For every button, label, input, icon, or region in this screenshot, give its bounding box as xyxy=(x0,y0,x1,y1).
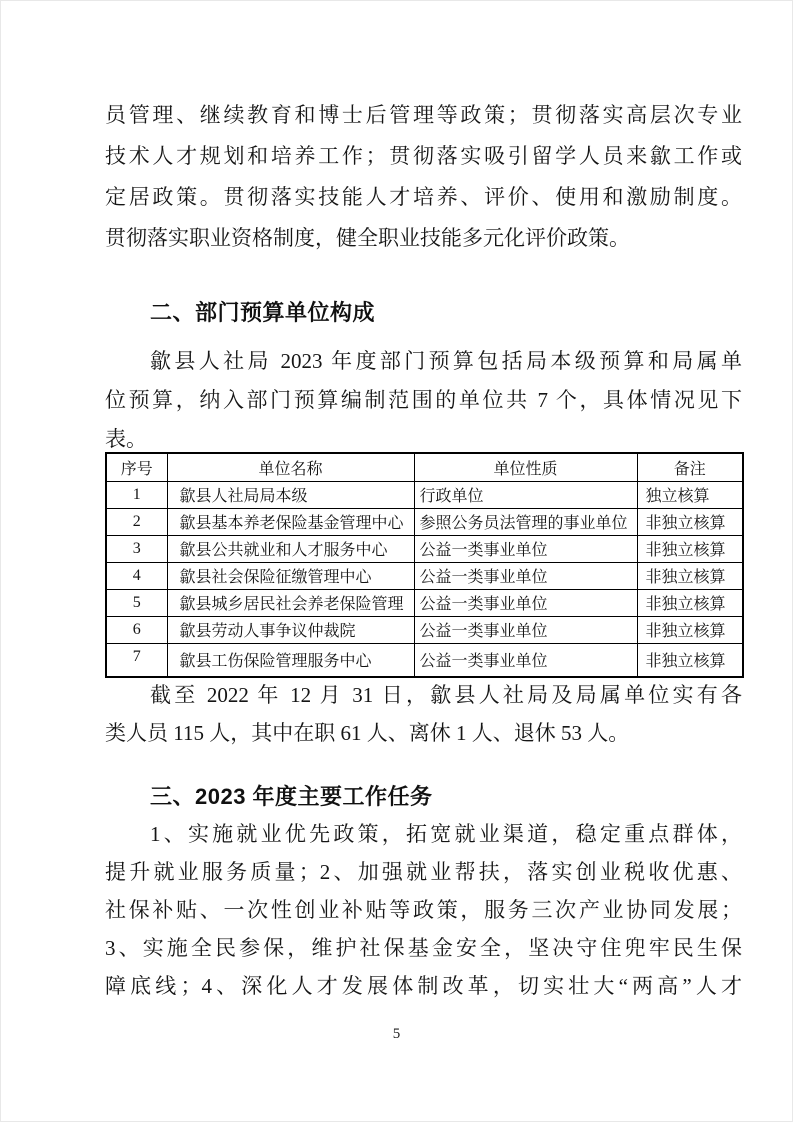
paragraph-policy: 员管理、继续教育和博士后管理等政策；贯彻落实高层次专业技术人才规划和培养工作；贯… xyxy=(105,95,742,259)
table-cell: 行政单位 xyxy=(414,481,637,508)
text-line: 贯彻落实职业资格制度，健全职业技能多元化评价政策。 xyxy=(105,218,742,259)
table-cell: 歙县城乡居民社会养老保险管理 xyxy=(167,589,414,616)
paragraph-work-tasks: 1、实施就业优先政策，拓宽就业渠道，稳定重点群体，提升就业服务质量；2、加强就业… xyxy=(105,815,742,1005)
table-cell: 非独立核算 xyxy=(637,508,743,535)
table-cell: 7 xyxy=(106,643,167,677)
text-line: 1、实施就业优先政策，拓宽就业渠道，稳定重点群体， xyxy=(105,815,742,853)
text-line: 员管理、继续教育和博士后管理等政策；贯彻落实高层次专业 xyxy=(105,95,742,136)
table-header-row: 序号单位名称单位性质备注 xyxy=(106,453,743,481)
table-cell: 公益一类事业单位 xyxy=(414,643,637,677)
text-line: 位预算，纳入部门预算编制范围的单位共 7 个，具体情况见下 xyxy=(105,381,742,420)
table-cell: 参照公务员法管理的事业单位 xyxy=(414,508,637,535)
text-line: 3、实施全民参保，维护社保基金安全，坚决守住兜牢民生保 xyxy=(105,929,742,967)
column-header: 单位名称 xyxy=(167,453,414,481)
text-line: 歙县人社局 2023 年度部门预算包括局本级预算和局属单 xyxy=(105,342,742,381)
text-line: 提升就业服务质量；2、加强就业帮扶，落实创业税收优惠、 xyxy=(105,853,742,891)
table-row: 4歙县社会保险征缴管理中心公益一类事业单位非独立核算 xyxy=(106,562,743,589)
section-heading-work-tasks: 三、2023 年度主要工作任务 xyxy=(105,780,787,814)
table-cell: 非独立核算 xyxy=(637,535,743,562)
table-cell: 非独立核算 xyxy=(637,562,743,589)
table-row: 6歙县劳动人事争议仲裁院公益一类事业单位非独立核算 xyxy=(106,616,743,643)
table-cell: 非独立核算 xyxy=(637,643,743,677)
table-row: 5歙县城乡居民社会养老保险管理公益一类事业单位非独立核算 xyxy=(106,589,743,616)
table-cell: 4 xyxy=(106,562,167,589)
table-row: 2歙县基本养老保险基金管理中心参照公务员法管理的事业单位非独立核算 xyxy=(106,508,743,535)
table-cell: 公益一类事业单位 xyxy=(414,535,637,562)
table-cell: 5 xyxy=(106,589,167,616)
table-cell: 歙县人社局局本级 xyxy=(167,481,414,508)
table-cell: 歙县劳动人事争议仲裁院 xyxy=(167,616,414,643)
table-cell: 非独立核算 xyxy=(637,616,743,643)
table-cell: 歙县工伤保险管理服务中心 xyxy=(167,643,414,677)
table-row: 1歙县人社局局本级行政单位独立核算 xyxy=(106,481,743,508)
page-number: 5 xyxy=(0,1026,793,1043)
table-cell: 公益一类事业单位 xyxy=(414,589,637,616)
table-cell: 公益一类事业单位 xyxy=(414,562,637,589)
table-cell: 歙县基本养老保险基金管理中心 xyxy=(167,508,414,535)
text-line: 类人员 115 人，其中在职 61 人、离休 1 人、退休 53 人。 xyxy=(105,714,742,752)
paragraph-staff-count: 截至 2022 年 12 月 31 日，歙县人社局及局属单位实有各类人员 115… xyxy=(105,676,742,752)
table-header: 序号单位名称单位性质备注 xyxy=(106,453,743,481)
document-page: 员管理、继续教育和博士后管理等政策；贯彻落实高层次专业技术人才规划和培养工作；贯… xyxy=(0,0,793,1122)
column-header: 单位性质 xyxy=(414,453,637,481)
text-line: 社保补贴、一次性创业补贴等政策，服务三次产业协同发展； xyxy=(105,891,742,929)
table-cell: 公益一类事业单位 xyxy=(414,616,637,643)
table-row: 7歙县工伤保险管理服务中心公益一类事业单位非独立核算 xyxy=(106,643,743,677)
table-row: 3歙县公共就业和人才服务中心公益一类事业单位非独立核算 xyxy=(106,535,743,562)
table-cell: 歙县社会保险征缴管理中心 xyxy=(167,562,414,589)
column-header: 序号 xyxy=(106,453,167,481)
budget-units-table: 序号单位名称单位性质备注 1歙县人社局局本级行政单位独立核算2歙县基本养老保险基… xyxy=(105,452,744,678)
table-cell: 3 xyxy=(106,535,167,562)
table-cell: 1 xyxy=(106,481,167,508)
table-cell: 独立核算 xyxy=(637,481,743,508)
text-line: 障底线；4、深化人才发展体制改革，切实壮大“两高”人才 xyxy=(105,967,742,1005)
table-cell: 歙县公共就业和人才服务中心 xyxy=(167,535,414,562)
paragraph-budget-overview: 歙县人社局 2023 年度部门预算包括局本级预算和局属单位预算，纳入部门预算编制… xyxy=(105,342,742,459)
table-cell: 6 xyxy=(106,616,167,643)
text-line: 截至 2022 年 12 月 31 日，歙县人社局及局属单位实有各 xyxy=(105,676,742,714)
section-heading-budget-units: 二、部门预算单位构成 xyxy=(105,296,787,330)
column-header: 备注 xyxy=(637,453,743,481)
text-line: 定居政策。贯彻落实技能人才培养、评价、使用和激励制度。 xyxy=(105,177,742,218)
table-cell: 2 xyxy=(106,508,167,535)
text-line: 技术人才规划和培养工作；贯彻落实吸引留学人员来歙工作或 xyxy=(105,136,742,177)
table-body: 1歙县人社局局本级行政单位独立核算2歙县基本养老保险基金管理中心参照公务员法管理… xyxy=(106,481,743,677)
table-cell: 非独立核算 xyxy=(637,589,743,616)
